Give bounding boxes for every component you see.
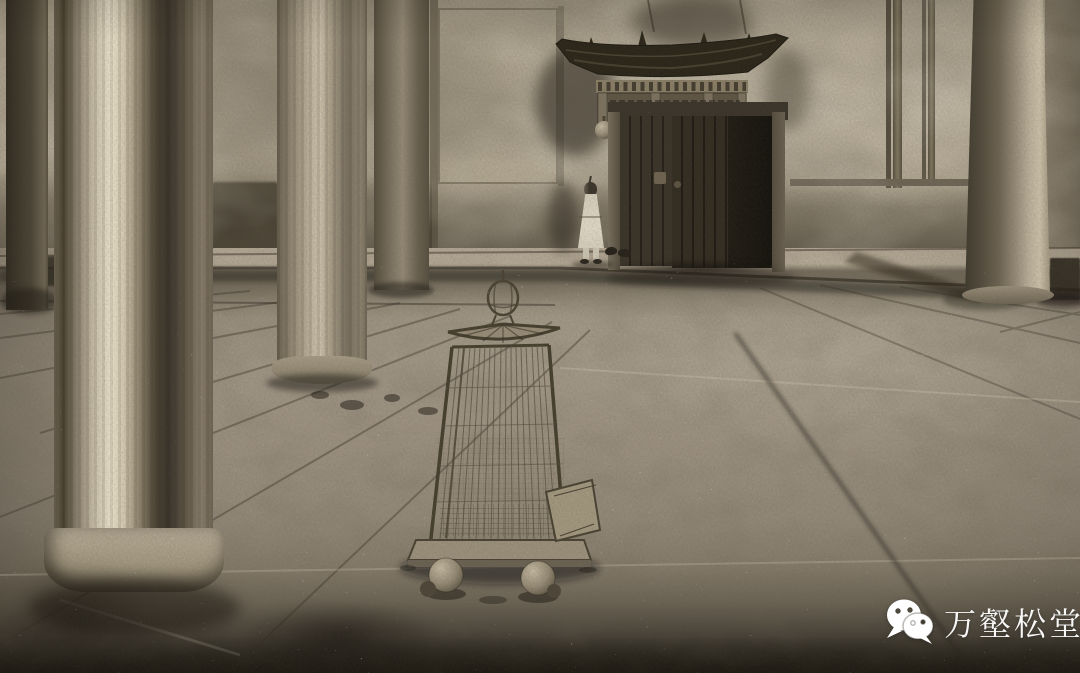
- canopy-roof: [556, 30, 788, 77]
- shoe: [618, 248, 632, 257]
- column-left-foreground: [54, 0, 213, 540]
- small-dark-blob: [741, 244, 746, 249]
- column-left-edge: [6, 0, 48, 310]
- watermark-text: 万壑松堂: [944, 599, 1080, 645]
- cage-tray: [546, 480, 600, 541]
- column-middle: [277, 0, 367, 368]
- column-texture: [277, 0, 367, 368]
- figure-robe: [578, 194, 604, 248]
- wire-cage: [388, 268, 612, 613]
- watermark: 万壑松堂: [882, 596, 1080, 648]
- column-rear: [374, 0, 429, 290]
- column-right-base: [962, 286, 1054, 304]
- cage-floor-grid: [440, 504, 560, 536]
- door-opening-shadow: [728, 116, 772, 268]
- figure-shadow: [572, 261, 614, 268]
- photograph-hall-interior: 万壑松堂: [0, 0, 1080, 673]
- door-jamb-right: [772, 112, 785, 272]
- column-texture: [54, 0, 213, 540]
- figure-head: [584, 182, 597, 196]
- cage-base: [408, 540, 591, 560]
- door-knocker: [674, 181, 681, 188]
- column-right: [965, 0, 1050, 298]
- canopy-dentil-band: [596, 80, 748, 93]
- door-leaf-right: [672, 116, 728, 268]
- column-middle-base-shadow: [266, 374, 378, 392]
- figure-sash: [579, 216, 602, 218]
- door-floor-shadow: [606, 270, 796, 286]
- cage-cap: [448, 324, 560, 343]
- door-leaf-left: [620, 116, 672, 266]
- door-fitting: [654, 172, 666, 184]
- column-left-edge-base-shadow: [0, 288, 58, 314]
- wechat-icon: [882, 596, 936, 648]
- cage-dome-knob: [488, 270, 518, 325]
